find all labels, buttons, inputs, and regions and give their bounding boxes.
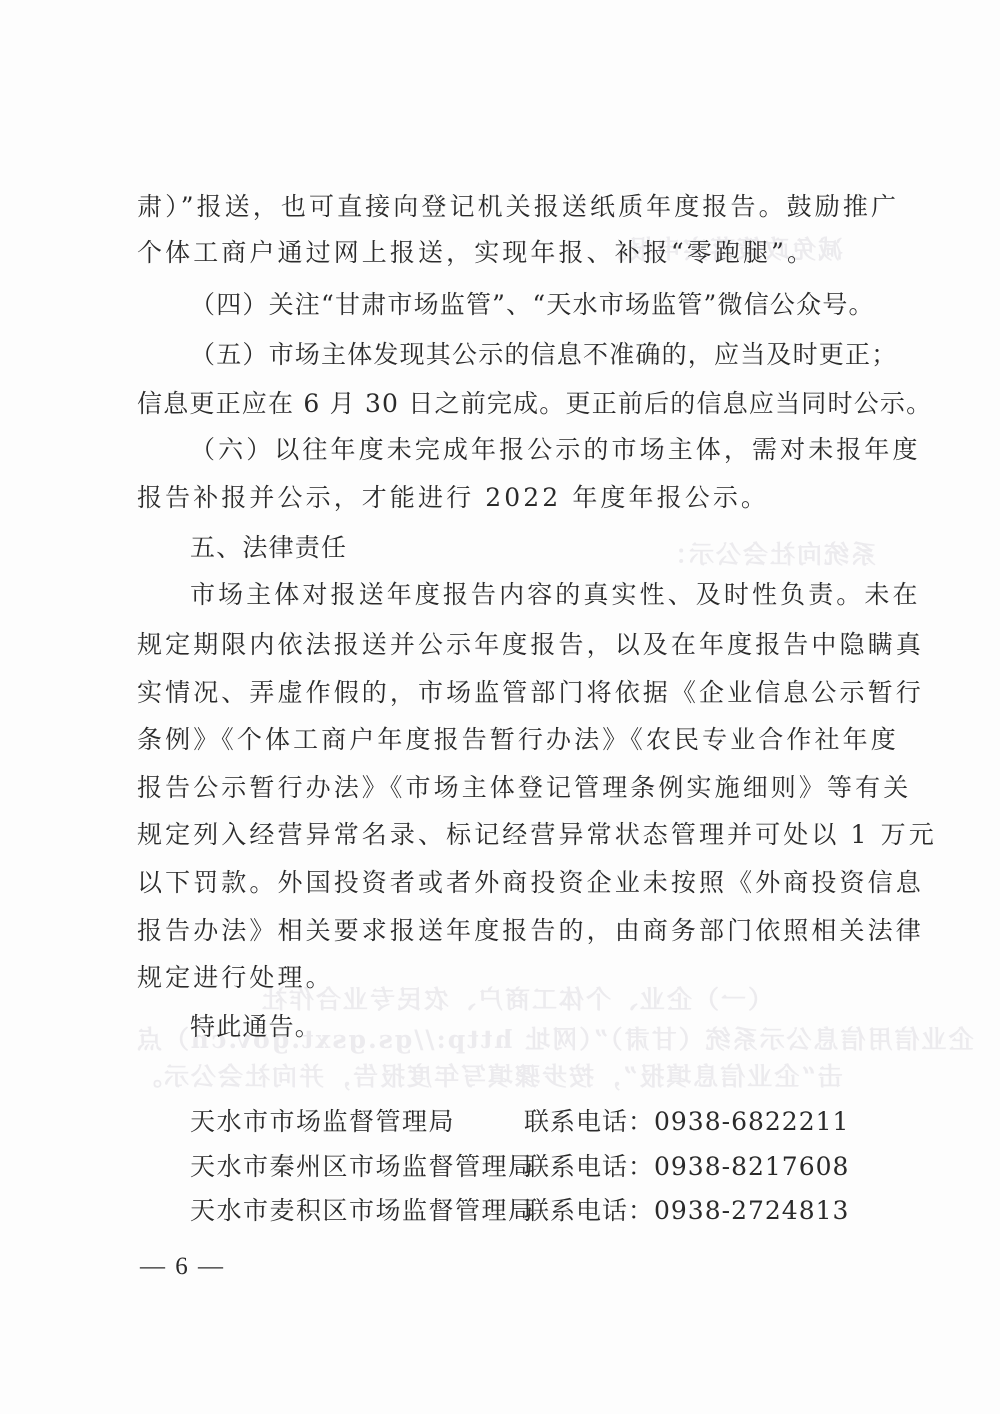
paragraph-line: 肃）”报送，也可直接向登记机关报送纸质年度报告。鼓励推广 xyxy=(137,192,899,222)
paragraph-line: 条例》《个体工商户年度报告暂行办法》《农民专业合作社年度 xyxy=(137,725,899,755)
paragraph-line: （五）市场主体发现其公示的信息不准确的，应当及时更正； xyxy=(190,340,897,370)
bleed-through-text: 击“企业信息填报”，按步骤填写年度报告，并向社会公示。 xyxy=(135,1062,843,1092)
paragraph-line: 规定列入经营异常名录、标记经营异常状态管理并可处以 1 万元 xyxy=(137,820,937,850)
section-heading: 五、法律责任 xyxy=(190,533,347,563)
contact-phone: 联系电话：0938-2724813 xyxy=(524,1196,849,1226)
paragraph-line: 报告补报并公示，才能进行 2022 年度年报公示。 xyxy=(137,483,769,513)
bleed-through-text: 系统向社会公示： xyxy=(660,540,876,570)
contact-org: 天水市市场监督管理局 xyxy=(190,1107,455,1137)
paragraph-line: 以下罚款。外国投资者或者外商投资企业未按照《外商投资信息 xyxy=(137,868,924,898)
closing-text: 特此通告。 xyxy=(190,1012,321,1042)
paragraph-line: 个体工商户通过网上报送，实现年报、补报“零跑腿”。 xyxy=(137,238,815,268)
contact-org: 天水市麦积区市场监督管理局 xyxy=(190,1196,535,1226)
bleed-through-text: （一）企业、个体工商户、农民专业合作社 xyxy=(260,985,773,1015)
contact-phone: 联系电话：0938-8217608 xyxy=(524,1152,849,1182)
paragraph-line: 实情况、弄虚作假的，市场监管部门将依据《企业信息公示暂行 xyxy=(137,678,924,708)
contact-org: 天水市秦州区市场监督管理局 xyxy=(190,1152,535,1182)
contact-phone: 联系电话：0938-6822211 xyxy=(524,1107,849,1137)
document-page: 减免政策落实申报。 系统向社会公示： （一）企业、个体工商户、农民专业合作社 企… xyxy=(0,0,1000,1414)
paragraph-line: 报告公示暂行办法》《市场主体登记管理条例实施细则》等有关 xyxy=(137,773,911,803)
paragraph-line: （四）关注“甘肃市场监管”、“天水市场监管”微信公众号。 xyxy=(190,290,875,320)
paragraph-line: 规定进行处理。 xyxy=(137,963,334,993)
paragraph-line: 信息更正应在 6 月 30 日之前完成。更正前后的信息应当同时公示。 xyxy=(137,389,932,419)
paragraph-line: 报告办法》相关要求报送年度报告的，由商务部门依照相关法律 xyxy=(137,916,924,946)
paragraph-line: （六）以往年度未完成年报公示的市场主体，需对未报年度 xyxy=(190,435,921,465)
paragraph-line: 市场主体对报送年度报告内容的真实性、及时性负责。未在 xyxy=(190,580,921,610)
paragraph-line: 规定期限内依法报送并公示年度报告，以及在年度报告中隐瞒真 xyxy=(137,630,924,660)
page-number: — 6 — xyxy=(140,1252,225,1282)
